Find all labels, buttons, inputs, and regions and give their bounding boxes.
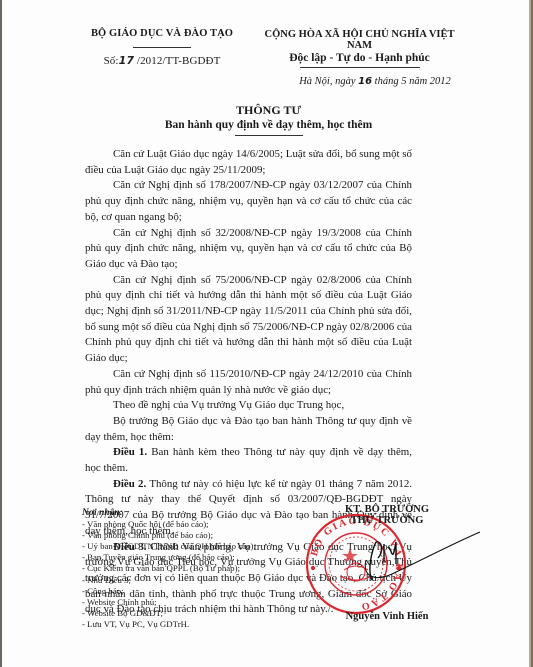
recipient-item: - Văn phòng Chính phủ (để báo cáo);: [82, 530, 302, 541]
divider: [235, 135, 303, 136]
legal-basis-paragraph: Căn cứ Nghị định số 75/2006/NĐ-CP ngày 0…: [85, 273, 412, 367]
recipients-label: Nơi nhận:: [82, 508, 302, 519]
document-number: Số:17 /2012/TT-BGDĐT: [82, 54, 242, 67]
document-number-suffix: /2012/TT-BGDĐT: [134, 55, 220, 67]
legal-basis-paragraph: Căn cứ Luật Giáo dục ngày 14/6/2005; Luậ…: [85, 147, 412, 178]
signer-name: Nguyễn Vinh Hiển: [307, 611, 467, 622]
article-label: Điều 1.: [113, 446, 147, 458]
handwritten-signature-icon: [362, 530, 482, 590]
document-title-block: THÔNG TƯ Ban hành quy định về dạy thêm, …: [2, 103, 533, 136]
date-prefix: Hà Nội, ngày: [299, 76, 358, 87]
legal-basis-paragraph: Căn cứ Nghị định số 115/2010/NĐ-CP ngày …: [85, 367, 412, 398]
document-page: BỘ GIÁO DỤC VÀ ĐÀO TẠO Số:17 /2012/TT-BG…: [0, 0, 533, 667]
signer-role-line2: THỨ TRƯỞNG: [307, 515, 467, 526]
country-name: CỘNG HÒA XÃ HỘI CHỦ NGHĨA VIỆT NAM: [252, 29, 467, 51]
recipient-item: - Công báo;: [82, 586, 302, 597]
document-type: THÔNG TƯ: [2, 103, 533, 118]
recipient-item: - Cục Kiểm tra văn bản QPPL (Bộ Tư pháp)…: [82, 563, 302, 574]
signer-role-line1: KT. BỘ TRƯỞNG: [307, 504, 467, 515]
document-subject: Ban hành quy định về dạy thêm, học thêm: [2, 119, 533, 131]
date-day-handwritten: 16: [358, 76, 372, 87]
article-label: Điều 2.: [113, 478, 146, 490]
recipient-item: - Ban Tuyên giáo Trung ương (để báo cáo)…: [82, 552, 302, 563]
legal-basis-paragraph: Căn cứ Nghị định số 32/2008/NĐ-CP ngày 1…: [85, 226, 412, 273]
recipient-item: - Văn phòng Quốc hội (để báo cáo);: [82, 519, 302, 530]
divider: [300, 67, 420, 68]
date-suffix: tháng 5 năm 2012: [372, 76, 451, 87]
issue-date: Hà Nội, ngày 16 tháng 5 năm 2012: [290, 76, 460, 87]
recipient-item: - Website Bộ GD&ĐT;: [82, 608, 302, 619]
issuance-paragraph: Bộ trưởng Bộ Giáo dục và Đào tạo ban hàn…: [85, 414, 412, 445]
recipient-item: - Website Chính phủ;: [82, 597, 302, 608]
legal-basis-paragraph: Căn cứ Nghị định số 178/2007/NĐ-CP ngày …: [85, 178, 412, 225]
divider: [133, 47, 191, 48]
signature-block: KT. BỘ TRƯỞNG THỨ TRƯỞNG Nguyễn Vinh Hiể…: [307, 504, 467, 526]
issuing-authority-block: BỘ GIÁO DỤC VÀ ĐÀO TẠO Số:17 /2012/TT-BG…: [82, 28, 242, 67]
recipients-block: Nơi nhận: - Văn phòng Quốc hội (để báo c…: [82, 508, 302, 630]
proposal-paragraph: Theo đề nghị của Vụ trưởng Vụ Giáo dục T…: [85, 398, 412, 414]
recipient-item: - Như Điều 3;: [82, 575, 302, 586]
national-header-block: CỘNG HÒA XÃ HỘI CHỦ NGHĨA VIỆT NAM Độc l…: [252, 29, 467, 68]
article-1: Điều 1. Ban hành kèm theo Thông tư này q…: [85, 445, 412, 476]
recipient-item: - Uỷ ban VHGD TNTNNĐ của QH (để báo cáo)…: [82, 541, 302, 552]
document-number-prefix: Số:: [104, 55, 119, 67]
ministry-name: BỘ GIÁO DỤC VÀ ĐÀO TẠO: [82, 28, 242, 39]
recipient-item: - Lưu VT, Vụ PC, Vụ GDTrH.: [82, 619, 302, 630]
document-number-handwritten: 17: [119, 54, 135, 67]
national-motto: Độc lập - Tự do - Hạnh phúc: [252, 52, 467, 64]
